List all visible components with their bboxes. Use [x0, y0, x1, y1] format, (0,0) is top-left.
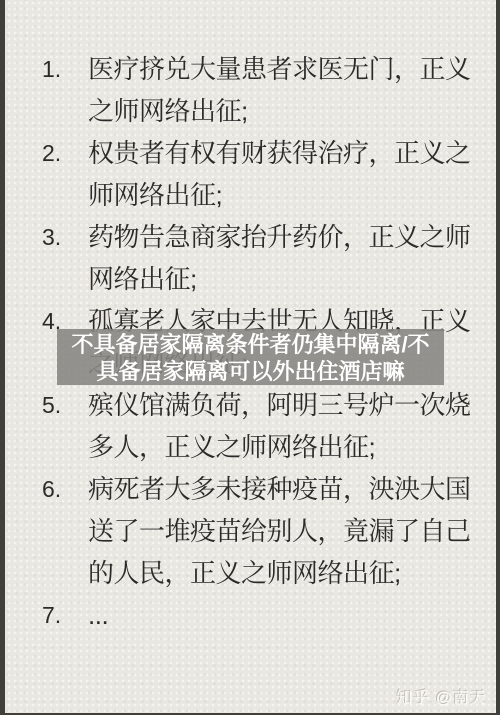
list-item-number: 1.	[42, 48, 88, 90]
list-item: 2. 权贵者有权有财获得治疗，正义之 师网络出征;	[42, 132, 492, 216]
list-item: 7. ...	[42, 594, 492, 636]
list-item: 1. 医疗挤兑大量患者求医无门，正义 之师网络出征;	[42, 48, 492, 132]
right-edge-strip	[496, 0, 500, 715]
list-item-text: 殡仪馆满负荷，阿明三号炉一次烧 多人，正义之师网络出征;	[88, 384, 471, 468]
list-item-number: 5.	[42, 384, 88, 426]
list-item: 3. 药物告急商家抬升药价，正义之师 网络出征;	[42, 216, 492, 300]
left-edge-strip	[0, 0, 5, 715]
list-item-text: 病死者大多未接种疫苗，泱泱大国 送了一堆疫苗给别人，竟漏了自己 的人民，正义之师…	[88, 468, 471, 594]
banner-line-2: 具备居家隔离可以外出住酒店嘛	[57, 358, 444, 385]
list-item: 5. 殡仪馆满负荷，阿明三号炉一次烧 多人，正义之师网络出征;	[42, 384, 492, 468]
list-item-number: 6.	[42, 468, 88, 510]
list-item: 6. 病死者大多未接种疫苗，泱泱大国 送了一堆疫苗给别人，竟漏了自己 的人民，正…	[42, 468, 492, 594]
list-item-text: 权贵者有权有财获得治疗，正义之 师网络出征;	[88, 132, 471, 216]
title-overlay-banner: 不具备居家隔离条件者仍集中隔离/不 具备居家隔离可以外出住酒店嘛	[57, 329, 444, 385]
list-item-text: 医疗挤兑大量患者求医无门，正义 之师网络出征;	[88, 48, 471, 132]
list-item-text: ...	[88, 594, 108, 636]
zhihu-watermark: 知乎 @南天	[396, 685, 487, 708]
list-item-text: 药物告急商家抬升药价，正义之师 网络出征;	[88, 216, 471, 300]
list-item-number: 7.	[42, 594, 88, 636]
list-item-number: 2.	[42, 132, 88, 174]
list-item-number: 3.	[42, 216, 88, 258]
banner-line-1: 不具备居家隔离条件者仍集中隔离/不	[57, 331, 444, 358]
